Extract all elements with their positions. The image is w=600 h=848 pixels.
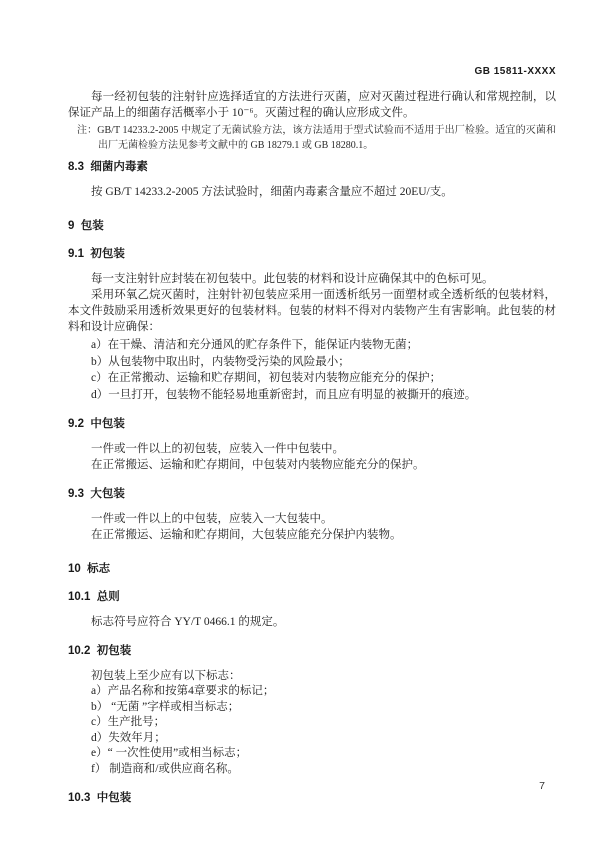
list-item: f） 制造商和/或供应商名称。 [68, 762, 556, 778]
para-10-2: 初包装上至少应有以下标志： [68, 668, 556, 684]
para-9-3-a: 一件或一件以上的中包装，应装入一大包装中。 [68, 511, 556, 527]
para-9-1-b: 采用环氧乙烷灭菌时，注射针初包装应采用一面透析纸另一面塑材或全透析纸的包装材料，… [68, 287, 556, 335]
list-item: a）在干燥、清洁和充分通风的贮存条件下，能保证内装物无菌； [68, 337, 556, 354]
heading-10-2: 10.2 初包装 [68, 645, 556, 658]
list-item: d）失效年月； [68, 731, 556, 747]
para-8-3: 按 GB/T 14233.2-2005 方法试验时，细菌内毒素含量应不超过 20… [68, 184, 556, 200]
list-10-2: a）产品名称和按第4章要求的标记； b） “无菌 ”字样或相当标志； c）生产批… [68, 684, 556, 777]
list-item: b）从包装物中取出时，内装物受污染的风险最小； [68, 354, 556, 371]
heading-8-3: 8.3 细菌内毒素 [68, 161, 556, 174]
list-item: a）产品名称和按第4章要求的标记； [68, 684, 556, 700]
list-item: e）“ 一次性使用”或相当标志； [68, 746, 556, 762]
heading-10-1: 10.1 总则 [68, 591, 556, 604]
para-10-1: 标志符号应符合 YY/T 0466.1 的规定。 [68, 614, 556, 630]
heading-9: 9 包装 [68, 220, 556, 233]
heading-10: 10 标志 [68, 563, 556, 576]
note-sterilization: 注：GB/T 14233.2-2005 中规定了无菌试验方法，该方法适用于型式试… [77, 123, 556, 153]
heading-10-3: 10.3 中包装 [68, 792, 556, 805]
list-item: d）一旦打开，包装物不能轻易地重新密封，而且应有明显的被撕开的痕迹。 [68, 387, 556, 404]
page-number: 7 [0, 780, 545, 792]
page-content: GB 15811-XXXX 每一经初包装的注射针应选择适宜的方法进行灭菌，应对灭… [68, 0, 556, 805]
list-item: c）在正常搬动、运输和贮存期间，初包装对内装物应能充分的保护； [68, 370, 556, 387]
para-9-2-a: 一件或一件以上的初包装，应装入一件中包装中。 [68, 441, 556, 457]
heading-9-2: 9.2 中包装 [68, 418, 556, 431]
doc-number: GB 15811-XXXX [68, 66, 556, 77]
para-9-2-b: 在正常搬运、运输和贮存期间，中包装对内装物应能充分的保护。 [68, 457, 556, 473]
para-sterilization: 每一经初包装的注射针应选择适宜的方法进行灭菌，应对灭菌过程进行确认和常规控制，以… [68, 89, 556, 121]
heading-9-3: 9.3 大包装 [68, 488, 556, 501]
para-9-3-b: 在正常搬运、运输和贮存期间，大包装应能充分保护内装物。 [68, 527, 556, 543]
list-item: c）生产批号； [68, 715, 556, 731]
list-item: b） “无菌 ”字样或相当标志； [68, 700, 556, 716]
document-page: GB 15811-XXXX 每一经初包装的注射针应选择适宜的方法进行灭菌，应对灭… [0, 0, 600, 848]
para-9-1-a: 每一支注射针应封装在初包装中。此包装的材料和设计应确保其中的色标可见。 [68, 271, 556, 287]
heading-9-1: 9.1 初包装 [68, 248, 556, 261]
list-9-1: a）在干燥、清洁和充分通风的贮存条件下，能保证内装物无菌； b）从包装物中取出时… [68, 337, 556, 403]
